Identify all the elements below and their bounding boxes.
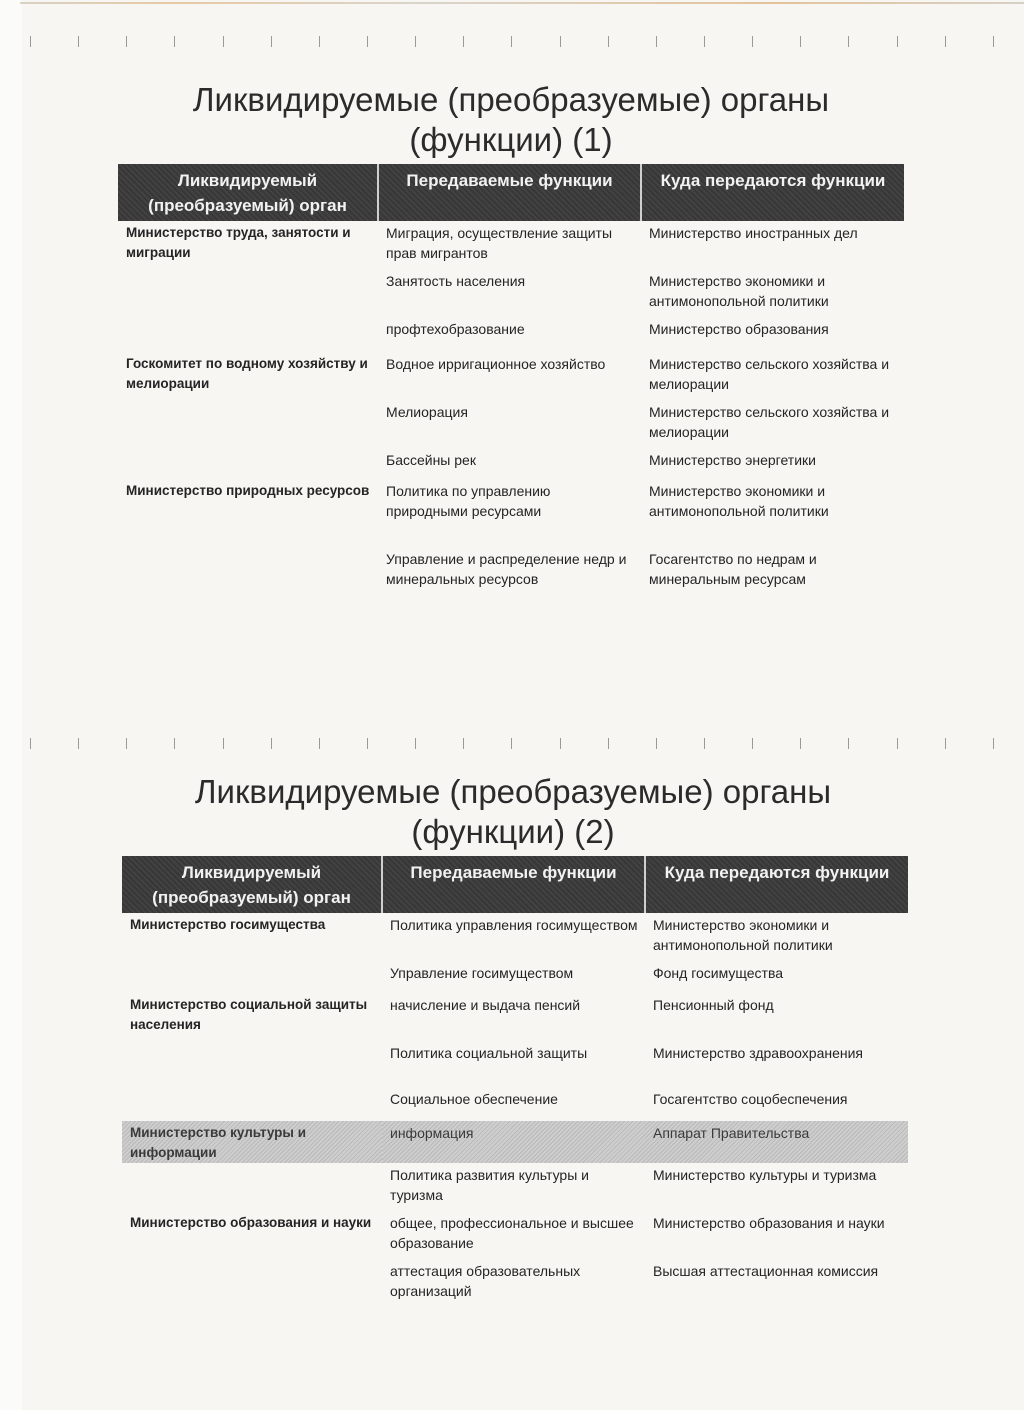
cell-destination: Министерство образования [641,317,904,352]
cell-destination: Министерство энергетики [641,448,904,479]
table-row: Министерство образования и наукиобщее, п… [122,1211,908,1259]
header-destination: Куда передаются функции [645,856,908,913]
cell-destination: Министерство иностранных дел [641,221,904,269]
slide-2: Ликвидируемые (преобразуемые) органы (фу… [122,772,904,1301]
cell-organ: Министерство социальной защиты населения [122,993,382,1041]
header-functions: Передаваемые функции [382,856,645,913]
cell-function: общее, профессиональное и высшее образов… [382,1211,645,1259]
cell-destination: Аппарат Правительства [645,1121,908,1163]
table-row: Управление и распределение недр и минера… [118,547,904,595]
cell-function: аттестация образовательных организаций [382,1259,645,1301]
cell-function: Водное ирригационное хозяйство [378,352,641,400]
cell-function: Управление госимуществом [382,961,645,993]
cell-function: Политика социальной защиты [382,1041,645,1087]
cell-destination: Министерство здравоохранения [645,1041,908,1087]
table-row: Министерство труда, занятости и миграции… [118,221,904,269]
table-row: Занятость населенияМинистерство экономик… [118,269,904,317]
cell-function: Миграция, осуществление защиты прав мигр… [378,221,641,269]
cell-destination: Пенсионный фонд [645,993,908,1041]
cell-function: Мелиорация [378,400,641,448]
cell-organ [118,400,378,448]
cell-destination: Высшая аттестационная комиссия [645,1259,908,1301]
table-row: Министерство госимуществаПолитика управл… [122,913,908,961]
table-row: Министерство культуры и информацииинформ… [122,1121,908,1163]
table-row: Министерство природных ресурсовПолитика … [118,479,904,547]
table-row: профтехобразованиеМинистерство образован… [118,317,904,352]
cell-function: Управление и распределение недр и минера… [378,547,641,595]
cell-organ [118,269,378,317]
cell-destination: Фонд госимущества [645,961,908,993]
cell-destination: Министерство экономики и антимонопольной… [645,913,908,961]
table-row: Политика развития культуры и туризмаМини… [122,1163,908,1211]
cell-organ [118,448,378,479]
cell-function: Занятость населения [378,269,641,317]
cell-organ: Министерство труда, занятости и миграции [118,221,378,269]
title-line-2: (функции) (2) [411,813,614,850]
table-row: Министерство социальной защиты населения… [122,993,908,1041]
cell-organ [118,547,378,595]
ruler-ticks-top [30,36,994,48]
cell-organ [122,1041,382,1087]
header-organ: Ликвидируемый (преобразуемый) орган [118,164,378,221]
table-row: Политика социальной защитыМинистерство з… [122,1041,908,1087]
cell-organ: Министерство госимущества [122,913,382,961]
functions-table-2: Ликвидируемый (преобразуемый) орган Пере… [122,856,908,1301]
table-row: Социальное обеспечениеГосагентство соцоб… [122,1087,908,1121]
cell-destination: Госагентство соцобеспечения [645,1087,908,1121]
cell-organ [122,1087,382,1121]
table-row: МелиорацияМинистерство сельского хозяйст… [118,400,904,448]
title-line-1: Ликвидируемые (преобразуемые) органы [195,773,831,810]
table-header-row: Ликвидируемый (преобразуемый) орган Пере… [122,856,908,913]
slide-1: Ликвидируемые (преобразуемые) органы (фу… [118,80,904,595]
cell-destination: Министерство культуры и туризма [645,1163,908,1211]
cell-organ [122,1163,382,1211]
table-row: Бассейны рекМинистерство энергетики [118,448,904,479]
scan-left-margin [0,0,22,1410]
ruler-ticks-middle [30,738,994,750]
cell-function: Политика управления госимуществом [382,913,645,961]
cell-function: Политика развития культуры и туризма [382,1163,645,1211]
cell-organ [122,1259,382,1301]
cell-organ [122,961,382,993]
header-organ: Ликвидируемый (преобразуемый) орган [122,856,382,913]
table-row: Госкомитет по водному хозяйству и мелиор… [118,352,904,400]
title-line-1: Ликвидируемые (преобразуемые) органы [193,81,829,118]
cell-function: Политика по управлению природными ресурс… [378,479,641,547]
scan-top-edge [20,2,1024,4]
cell-function: информация [382,1121,645,1163]
table-header-row: Ликвидируемый (преобразуемый) орган Пере… [118,164,904,221]
cell-destination: Министерство экономики и антимонопольной… [641,479,904,547]
header-destination: Куда передаются функции [641,164,904,221]
cell-function: профтехобразование [378,317,641,352]
header-functions: Передаваемые функции [378,164,641,221]
cell-destination: Министерство сельского хозяйства и мелио… [641,400,904,448]
functions-table-1: Ликвидируемый (преобразуемый) орган Пере… [118,164,904,595]
cell-destination: Министерство сельского хозяйства и мелио… [641,352,904,400]
cell-function: начисление и выдача пенсий [382,993,645,1041]
slide-title: Ликвидируемые (преобразуемые) органы (фу… [118,80,904,160]
slide-title: Ликвидируемые (преобразуемые) органы (фу… [122,772,904,852]
table-row: Управление госимуществомФонд госимуществ… [122,961,908,993]
cell-organ: Министерство природных ресурсов [118,479,378,547]
cell-organ: Госкомитет по водному хозяйству и мелиор… [118,352,378,400]
cell-organ: Министерство образования и науки [122,1211,382,1259]
cell-destination: Министерство экономики и антимонопольной… [641,269,904,317]
cell-destination: Министерство образования и науки [645,1211,908,1259]
cell-function: Бассейны рек [378,448,641,479]
cell-organ [118,317,378,352]
table-row: аттестация образовательных организацийВы… [122,1259,908,1301]
cell-function: Социальное обеспечение [382,1087,645,1121]
cell-destination: Госагентство по недрам и минеральным рес… [641,547,904,595]
title-line-2: (функции) (1) [409,121,612,158]
cell-organ: Министерство культуры и информации [122,1121,382,1163]
